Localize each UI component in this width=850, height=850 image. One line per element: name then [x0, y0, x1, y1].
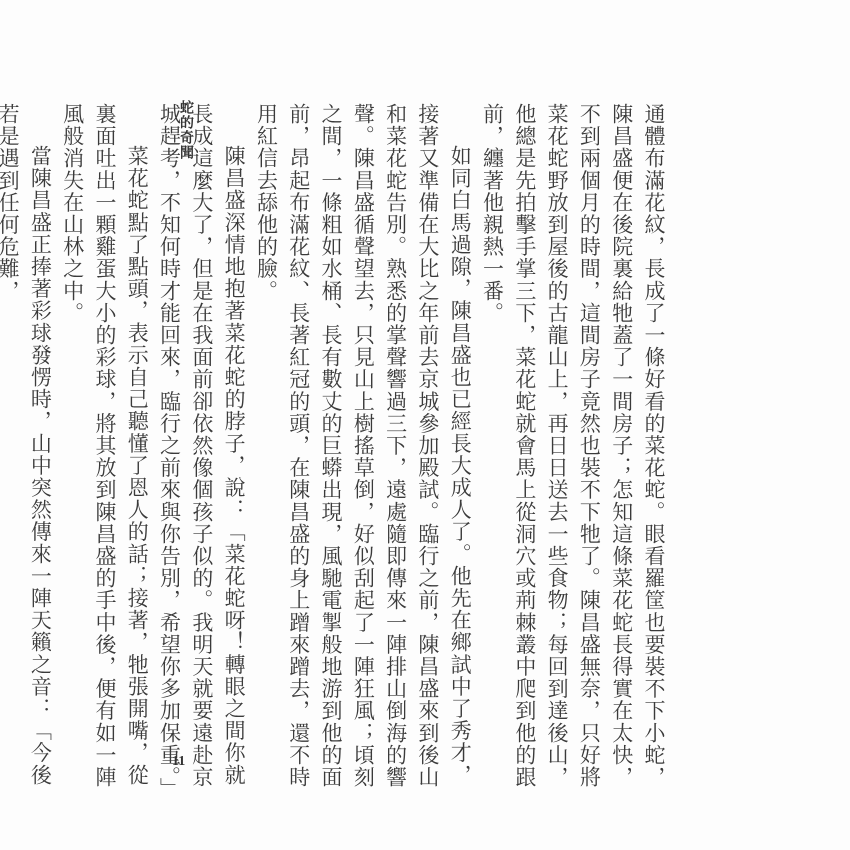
- paragraph: 菜花蛇點了點頭，表示自己聽懂了恩人的話；接著，牠張開嘴，從裏面吐出一顆雞蛋大小的…: [56, 103, 153, 793]
- paragraph: 當陳昌盛正捧著彩球發愣時，山中突然傳來一陣天籟之音：「今後若是遇到任何危難，: [0, 103, 56, 793]
- paragraph: 如同白馬過隙，陳昌盛也已經長大成人了。他先在鄉試中了秀才，接著又準備在大比之年前…: [250, 103, 476, 793]
- paragraph-continued: 通體布滿花紋，長成了一條好看的菜花蛇。眼看羅筐也要裝不下小蛇，陳昌盛便在後院裏給…: [476, 103, 670, 793]
- body-text: 通體布滿花紋，長成了一條好看的菜花蛇。眼看羅筐也要裝不下小蛇，陳昌盛便在後院裏給…: [228, 103, 670, 793]
- book-page: 蛇的奇聞 通體布滿花紋，長成了一條好看的菜花蛇。眼看羅筐也要裝不下小蛇，陳昌盛便…: [0, 0, 850, 850]
- paragraph: 陳昌盛深情地抱著菜花蛇的脖子，說：「菜花蛇呀！轉眼之間你就長成這麼大了，但是在我…: [153, 103, 250, 793]
- page-number: 11: [172, 754, 202, 770]
